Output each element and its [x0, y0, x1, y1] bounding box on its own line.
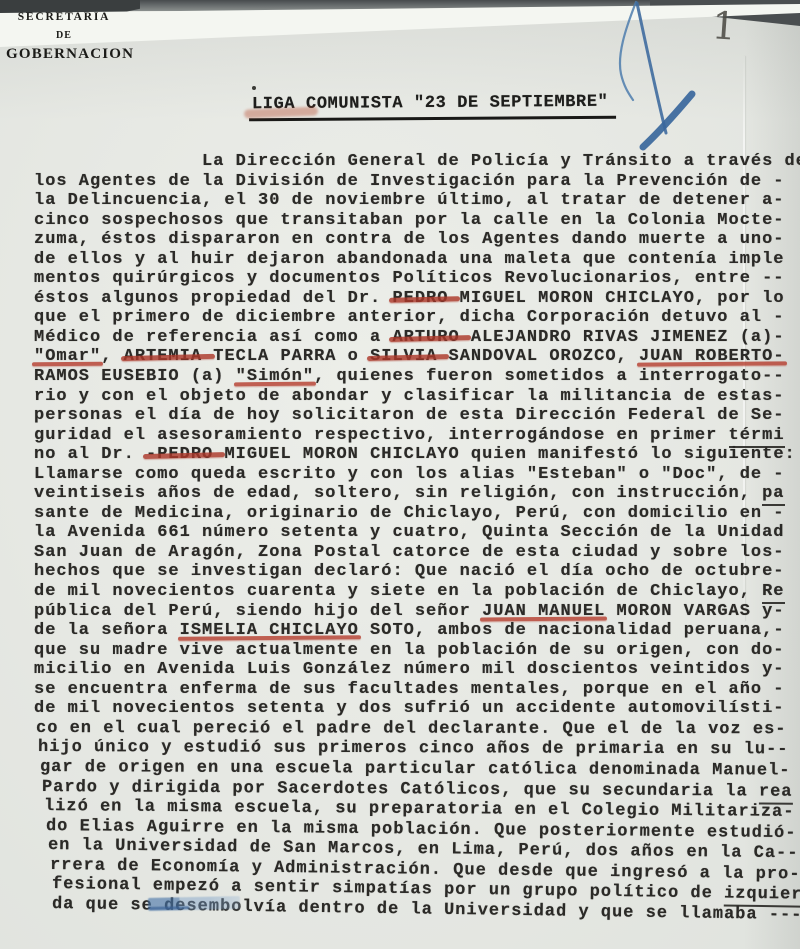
document-line: de mil novecientos cuarenta y siete en l…: [34, 582, 800, 602]
text-segment: micilio en Avenida Luis González número …: [34, 660, 785, 679]
text-segment: de ellos y al huir dejaron abandonada un…: [34, 250, 785, 269]
document-line: los Agentes de la División de Investigac…: [34, 172, 800, 192]
document-line: hechos que se investigan declaró: Que na…: [34, 562, 800, 582]
text-segment: no al Dr.: [34, 445, 146, 464]
continuation-underlined-text: rea: [759, 782, 793, 804]
text-segment: MORON VARGAS y-: [605, 602, 784, 621]
document-line: La Dirección General de Policía y Tránsi…: [34, 152, 800, 172]
red-underlined-text: ISMELIA CHICLAYO: [180, 621, 359, 640]
document-line: la Delincuencia, el 30 de noviembre últi…: [34, 191, 800, 211]
text-segment: MIGUEL MORON CHICLAYO quien manifestó lo…: [224, 445, 795, 464]
red-strikethrough-text: SILVIA: [370, 347, 448, 366]
letterhead-line-3: GOBERNACION: [6, 46, 122, 63]
document-line: éstos algunos propiedad del Dr. PEDRO MI…: [34, 289, 800, 309]
text-segment: co en el cual pereció el padre del decla…: [36, 719, 787, 739]
stray-ink-dot: [252, 86, 256, 90]
text-segment: mentos quirúrgicos y documentos Político…: [34, 269, 785, 288]
document-line: zuma, éstos dispararon en contra de los …: [34, 230, 800, 250]
document-line: guridad el asesoramiento respectivo, int…: [34, 426, 800, 446]
document-line: personas el día de hoy solicitaron de es…: [34, 406, 800, 426]
red-underlined-text: "Simón": [236, 367, 314, 386]
letterhead: SECRETARIA DE GOBERNACION: [6, 11, 122, 63]
document-line: RAMOS EUSEBIO (a) "Simón", quienes fuero…: [34, 367, 800, 387]
document-line: Llamarse como queda escrito y con los al…: [34, 465, 800, 485]
scanned-document-page: SECRETARIA DE GOBERNACION 1 LIGA COMUNIS…: [0, 0, 800, 949]
red-strikethrough-text: -PEDRO: [146, 445, 224, 464]
text-segment: éstos algunos propiedad del Dr.: [34, 289, 392, 308]
document-line: hijo único y estudió sus primeros cinco …: [38, 738, 800, 760]
text-segment: MIGUEL MORON CHICLAYO, por lo: [460, 289, 785, 308]
document-line: la Avenida 661 número setenta y cuatro, …: [34, 523, 800, 543]
text-segment: ALEJANDRO RIVAS JIMENEZ (a)-: [471, 328, 785, 347]
text-segment: se encuentra enferma de sus facultades m…: [34, 680, 785, 699]
text-segment: cinco sospechosos que transitaban por la…: [34, 211, 785, 230]
red-strikethrough-text: ARTEMIA: [124, 347, 214, 366]
document-body: La Dirección General de Policía y Tránsi…: [34, 152, 800, 914]
text-segment: San Juan de Aragón, Zona Postal catorce …: [34, 543, 785, 562]
red-underlined-text: JUAN ROBERTO-: [639, 347, 785, 366]
continuation-underlined-text: Re: [762, 582, 784, 604]
red-underlined-text: "Omar": [34, 347, 101, 366]
text-segment: la Avenida 661 número setenta y cuatro, …: [34, 523, 785, 542]
document-line: co en el cual pereció el padre del decla…: [36, 719, 800, 740]
document-line: de ellos y al huir dejaron abandonada un…: [34, 250, 800, 270]
document-line: de la señora ISMELIA CHICLAYO SOTO, ambo…: [34, 621, 800, 641]
blue-ink-smudge: [148, 896, 240, 911]
text-segment: rio y con el objeto de abondar y clasifi…: [34, 387, 785, 406]
text-segment: hechos que se investigan declaró: Que na…: [34, 562, 785, 581]
document-line: "Omar", ARTEMIA TECLA PARRA o SILVIA SAN…: [34, 347, 800, 367]
text-segment: sante de Medicina, originario de Chiclay…: [34, 504, 785, 523]
text-segment: RAMOS EUSEBIO (a): [34, 367, 236, 386]
text-segment: guridad el asesoramiento respectivo, int…: [34, 426, 729, 445]
text-segment: gar de origen en una escuela particular …: [40, 758, 791, 781]
document-line: mentos quirúrgicos y documentos Político…: [34, 269, 800, 289]
text-segment: que el primero de diciembre anterior, di…: [34, 308, 785, 327]
text-segment: Médico de referencia así como a: [34, 328, 392, 347]
document-line: pública del Perú, siendo hijo del señor …: [34, 602, 800, 622]
document-line: cinco sospechosos que transitaban por la…: [34, 211, 800, 231]
text-segment: SOTO, ambos de nacionalidad peruana,-: [359, 621, 785, 640]
text-segment: de la señora: [34, 621, 180, 640]
text-segment: personas el día de hoy solicitaron de es…: [34, 406, 785, 425]
text-segment: La Dirección General de Policía y Tránsi…: [34, 152, 800, 171]
continuation-underlined-text: pa: [762, 484, 784, 506]
document-line: se encuentra enferma de sus facultades m…: [34, 680, 800, 700]
text-segment: la Delincuencia, el 30 de noviembre últi…: [34, 191, 785, 210]
document-line: que el primero de diciembre anterior, di…: [34, 308, 800, 328]
text-segment: de mil novecientos setenta y dos sufrió …: [34, 699, 785, 718]
text-segment: TECLA PARRA o: [213, 347, 370, 366]
document-line: San Juan de Aragón, Zona Postal catorce …: [34, 543, 800, 563]
red-underlined-text: JUAN MANUEL: [482, 602, 605, 621]
text-segment: pública del Perú, siendo hijo del señor: [34, 602, 482, 621]
text-segment: SANDOVAL OROZCO,: [449, 347, 639, 366]
document-line: micilio en Avenida Luis González número …: [34, 660, 800, 680]
red-strikethrough-text: ARTURO: [392, 328, 470, 347]
text-segment: zuma, éstos dispararon en contra de los …: [34, 230, 785, 249]
document-line: que su madre vive actualmente en la pobl…: [34, 641, 800, 661]
pen-stroke-line: [637, 3, 666, 133]
text-segment: , quienes fueron sometidos a interrogato…: [314, 367, 784, 386]
document-line: rio y con el objeto de abondar y clasifi…: [34, 387, 800, 407]
text-segment: de mil novecientos cuarenta y siete en l…: [34, 582, 762, 601]
letterhead-line-1: SECRETARIA: [6, 11, 122, 23]
document-line: no al Dr. -PEDRO MIGUEL MORON CHICLAYO q…: [34, 445, 800, 465]
text-segment: que su madre vive actualmente en la pobl…: [34, 641, 785, 660]
handwritten-page-number: 1: [710, 3, 737, 49]
document-line: sante de Medicina, originario de Chiclay…: [34, 504, 800, 524]
document-line: de mil novecientos setenta y dos sufrió …: [34, 699, 800, 719]
text-segment: veintiseis años de edad, soltero, sin re…: [34, 484, 762, 503]
pen-stroke-slash: [643, 94, 692, 147]
red-strikethrough-text: PEDRO: [392, 289, 459, 308]
letterhead-line-2: DE: [6, 30, 122, 41]
document-title: LIGA COMUNISTA "23 DE SEPTIEMBRE": [249, 93, 617, 122]
document-line: veintiseis años de edad, soltero, sin re…: [34, 484, 800, 504]
text-segment: Llamarse como queda escrito y con los al…: [34, 465, 785, 484]
text-segment: hijo único y estudió sus primeros cinco …: [38, 738, 789, 759]
text-segment: los Agentes de la División de Investigac…: [34, 172, 785, 191]
document-line: Médico de referencia así como a ARTURO A…: [34, 328, 800, 348]
